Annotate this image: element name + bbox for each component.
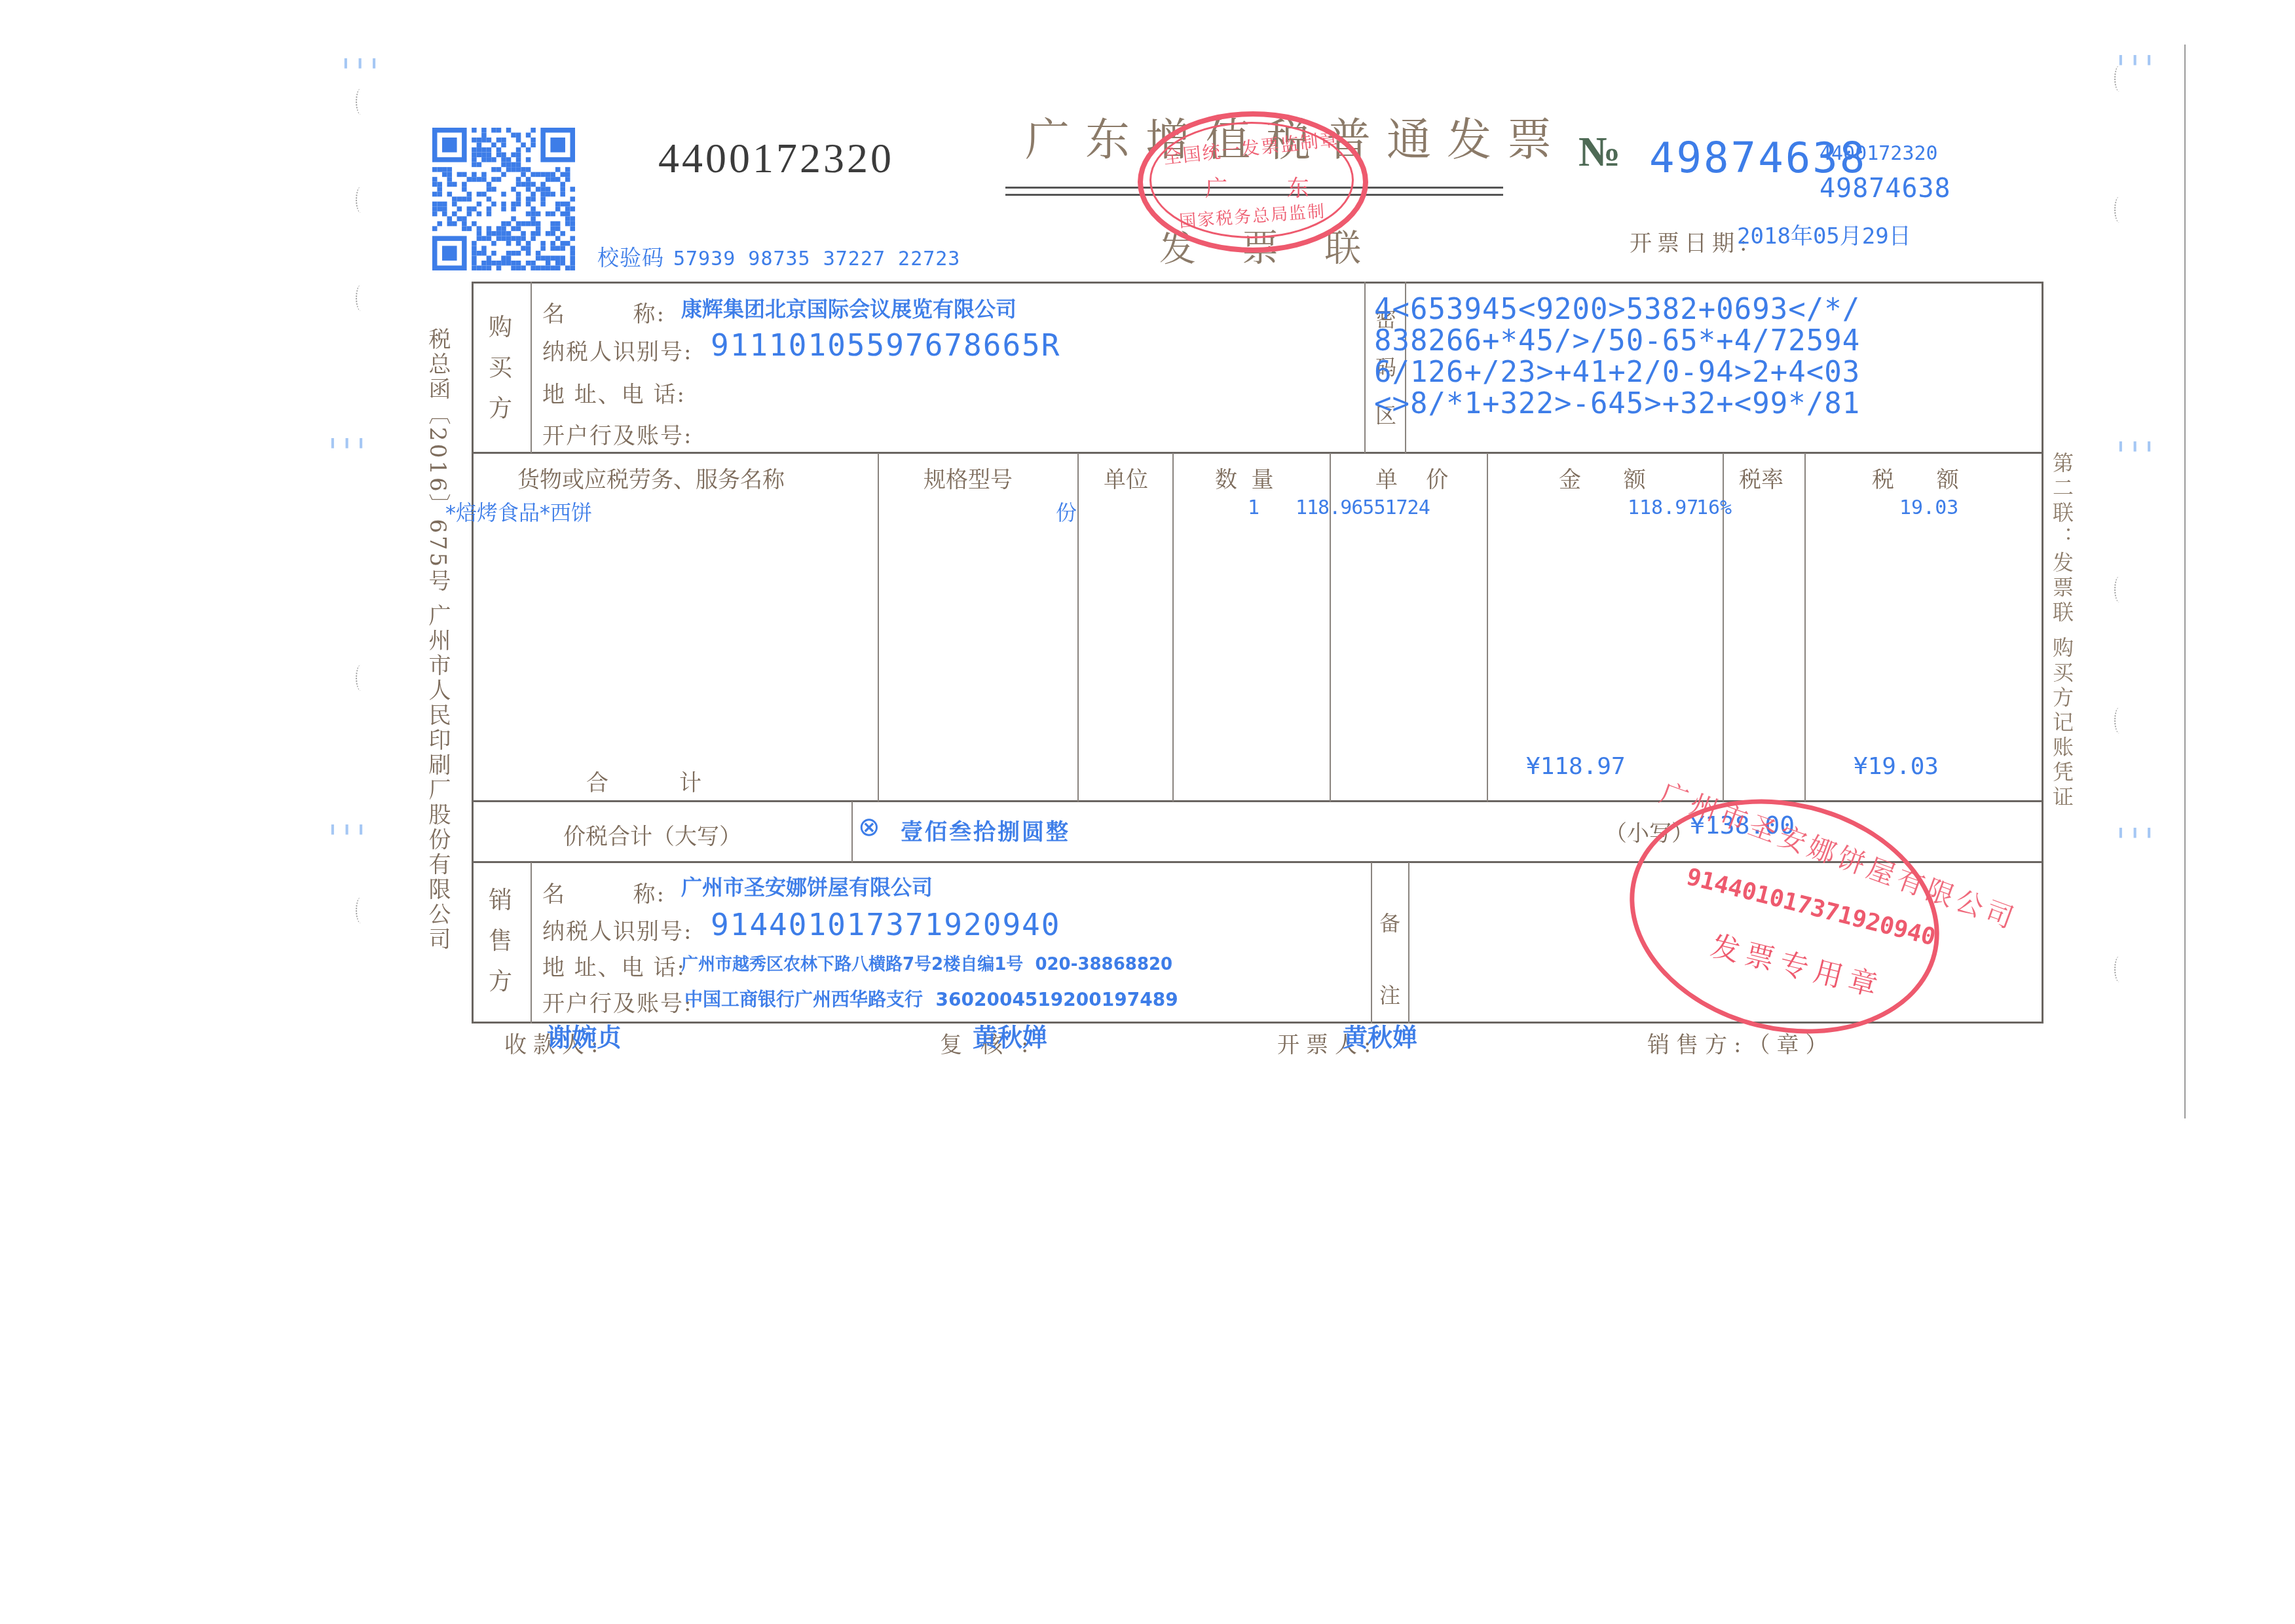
- feed-hole: [2114, 576, 2125, 602]
- feed-hole: [2114, 956, 2125, 982]
- header-unit: 单位: [1104, 462, 1148, 494]
- seller-tax-id: 914401017371920940: [711, 907, 1061, 942]
- buyer-name-label: 名 称:: [542, 296, 665, 328]
- scan-mark: ╻╻╻: [2116, 432, 2158, 452]
- buyer-address-label: 地 址、电 话:: [542, 377, 686, 409]
- divider: [531, 862, 532, 1024]
- item-unit: 份: [1056, 496, 1077, 526]
- buyer-tax-id: 91110105597678665R: [711, 327, 1061, 363]
- header-spec: 规格型号: [924, 462, 1013, 494]
- seller-bank: 中国工商银行广州西华路支行 3602004519200197489: [684, 986, 1178, 1012]
- buyer-bank-label: 开户行及账号:: [542, 418, 692, 450]
- item-unit-price: 118.96551724: [1296, 496, 1430, 519]
- check-code: 校验码57939 98735 37227 22723: [597, 241, 960, 272]
- divider: [1364, 282, 1366, 453]
- buyer-name: 康辉集团北京国际会议展览有限公司: [681, 293, 1017, 323]
- total-amount: ¥118.97: [1526, 753, 1626, 780]
- items-divider: [472, 800, 2043, 802]
- scan-mark: ╻╻╻: [2116, 46, 2158, 65]
- machine-invoice-code: 4400172320: [1819, 142, 1938, 165]
- seller-section-label: 销售方: [487, 881, 513, 1003]
- reviewer: 黄秋婵: [973, 1017, 1047, 1053]
- cipher-line: 6/126+/23>+41+2/0-94>2+4<03: [1374, 356, 1860, 389]
- divider: [1172, 453, 1174, 802]
- buyer-section-label: 购买方: [487, 308, 513, 430]
- seller-seal-label: 销售方:（章）: [1647, 1027, 1834, 1059]
- seller-address-label: 地 址、电 话:: [542, 950, 686, 982]
- divider: [1487, 453, 1488, 802]
- feed-hole: [356, 88, 366, 115]
- page-edge: [2184, 45, 2186, 1118]
- header-tax-rate: 税率: [1739, 462, 1783, 494]
- buyer-divider: [472, 452, 2043, 454]
- cipher-line: 838266+*45/>/50-65*+4/72594: [1374, 324, 1860, 358]
- scan-mark: ╻╻╻: [327, 429, 370, 449]
- divider: [531, 282, 532, 453]
- copy-info-vertical: 第二联：发票联 购买方记账凭证: [2049, 452, 2075, 811]
- seller-name-label: 名 称:: [542, 876, 665, 908]
- divider: [878, 453, 879, 802]
- header-quantity: 数 量: [1215, 462, 1274, 494]
- feed-hole: [2114, 196, 2125, 223]
- seller-address: 广州市越秀区农林下路八横路7号2楼自编1号 020-38868820: [681, 951, 1172, 975]
- item-name: *焙烤食品*西饼: [445, 496, 592, 526]
- check-code-value: 57939 98735 37227 22723: [673, 248, 960, 270]
- header-amount: 金 额: [1559, 462, 1646, 494]
- feed-hole: [2114, 65, 2125, 92]
- scan-mark: ╻╻╻: [341, 49, 383, 69]
- feed-hole: [356, 285, 366, 311]
- item-amount: 118.97: [1628, 496, 1698, 519]
- grand-total-uppercase: 壹佰叁拾捌圆整: [901, 814, 1070, 846]
- seller-bank-label: 开户行及账号:: [542, 986, 692, 1018]
- feed-hole: [2114, 707, 2125, 733]
- divider: [1804, 453, 1806, 802]
- payee: 谢婉贞: [547, 1017, 622, 1053]
- remarks-label: 备注: [1377, 887, 1403, 1031]
- feed-hole: [356, 897, 366, 923]
- number-mark: №: [1578, 128, 1620, 176]
- feed-hole: [356, 187, 366, 213]
- item-quantity: 1: [1248, 496, 1259, 519]
- machine-invoice-number: 49874638: [1819, 174, 1951, 204]
- drawer: 黄秋婵: [1343, 1017, 1417, 1053]
- cipher-line: 4<653945<9200>5382+0693</*/: [1374, 293, 1860, 326]
- seller-tax-id-label: 纳税人识别号:: [542, 913, 692, 946]
- item-tax-rate: 16%: [1696, 496, 1732, 519]
- item-tax: 19.03: [1899, 496, 1958, 519]
- feed-hole: [356, 665, 366, 691]
- circle-x-icon: ⊗: [858, 812, 880, 842]
- scan-mark: ╻╻╻: [327, 815, 370, 835]
- check-code-label: 校验码: [597, 245, 664, 270]
- cipher-line: <>8/*1+322>-645>+32+<99*/81: [1374, 387, 1860, 420]
- grand-total-label: 价税合计（大写）: [563, 819, 741, 851]
- divider: [1371, 862, 1372, 1024]
- buyer-tax-id-label: 纳税人识别号:: [542, 334, 692, 366]
- supervision-stamp-middle-text: 广 东: [1205, 170, 1335, 202]
- invoice-code: 4400172320: [658, 134, 894, 183]
- seller-name: 广州市圣安娜饼屋有限公司: [681, 871, 933, 901]
- divider: [1077, 453, 1079, 802]
- printer-info-vertical: 税总函〔2016〕675号 广州市人民印刷厂股份有限公司: [426, 327, 452, 952]
- total-label: 合 计: [586, 765, 701, 797]
- qr-code-icon: [432, 128, 575, 270]
- issue-date: 2018年05月29日: [1737, 218, 1911, 250]
- header-tax: 税 额: [1872, 462, 1959, 494]
- divider: [851, 802, 853, 862]
- scan-mark: ╻╻╻: [2116, 819, 2158, 838]
- issue-date-label: 开票日期:: [1630, 225, 1752, 257]
- total-tax: ¥19.03: [1854, 753, 1939, 780]
- divider: [1408, 862, 1409, 1024]
- header-item-name: 货物或应税劳务、服务名称: [517, 462, 785, 494]
- header-unit-price: 单 价: [1375, 462, 1448, 494]
